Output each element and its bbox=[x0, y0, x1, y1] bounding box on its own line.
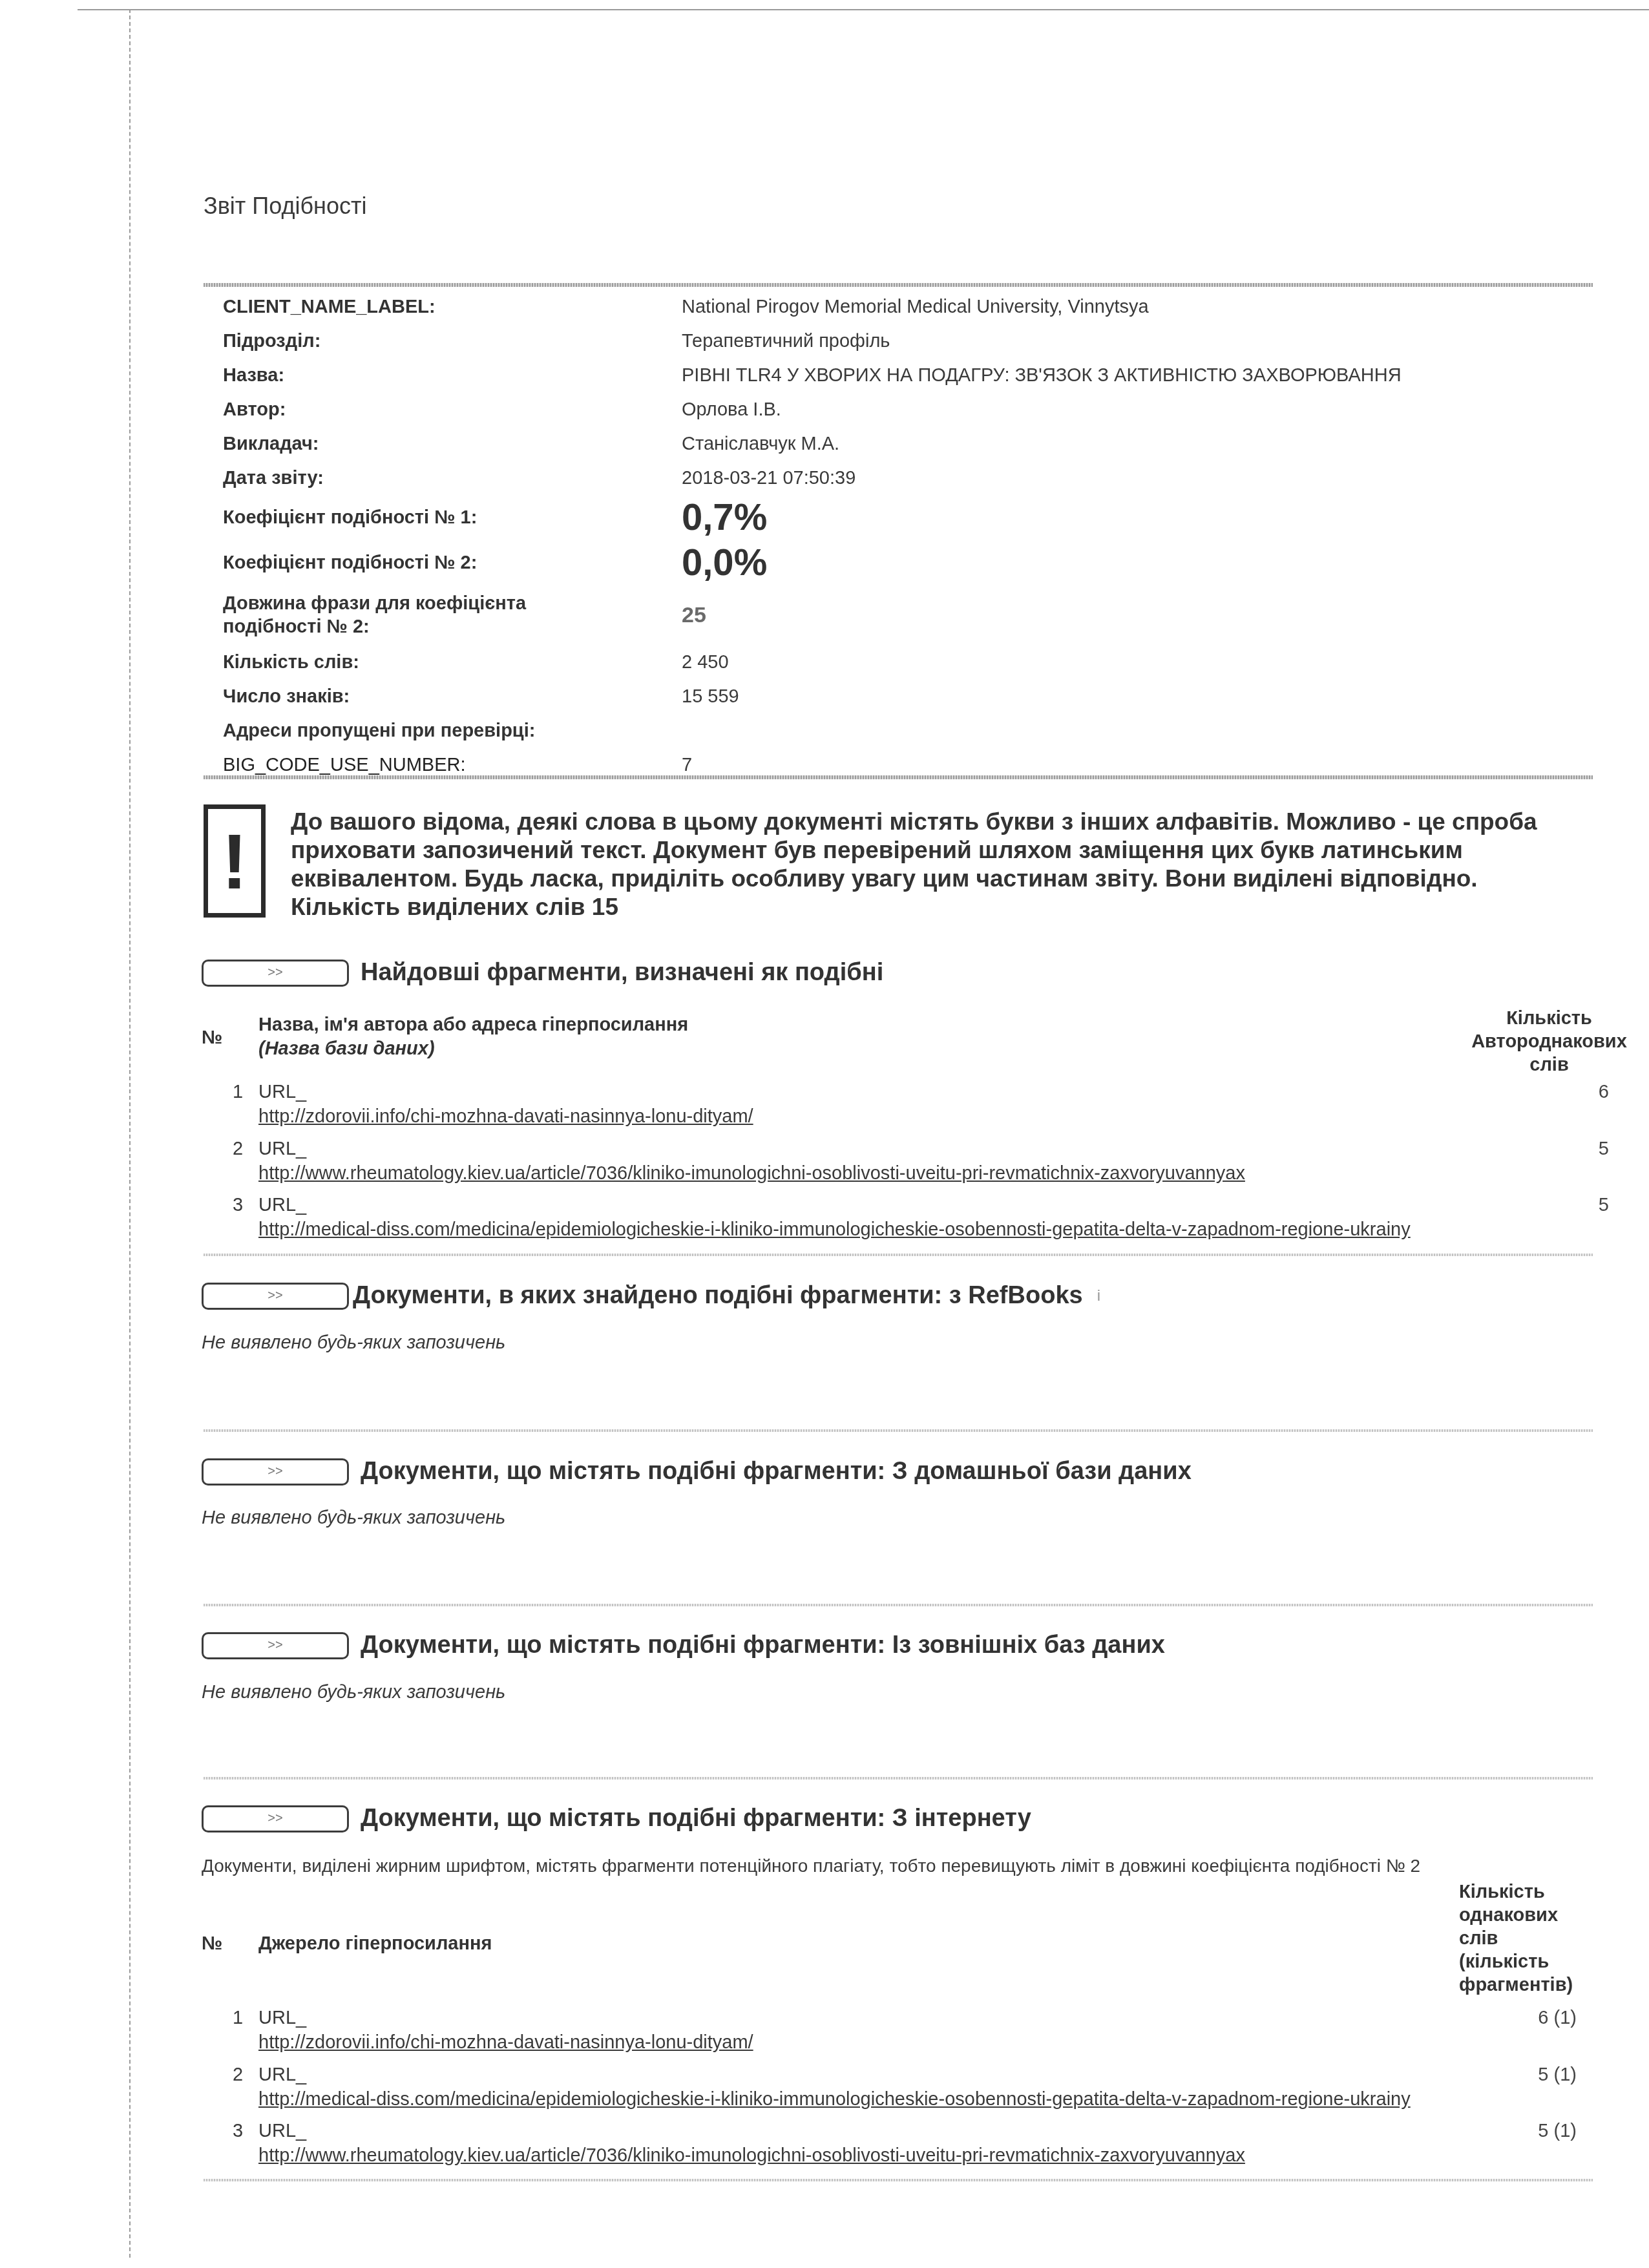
similarity-coefficient-1: 0,7% bbox=[682, 506, 767, 529]
row-source-type: URL_ bbox=[258, 2006, 306, 2030]
divider bbox=[204, 1777, 1593, 1780]
meta-row-title: Назва: РІВНІ TLR4 У ХВОРИХ НА ПОДАГРУ: З… bbox=[223, 358, 1580, 392]
expand-toggle-button[interactable]: >> bbox=[202, 1283, 349, 1310]
row-source-type: URL_ bbox=[258, 1137, 306, 1160]
divider bbox=[204, 1429, 1593, 1432]
column-header-count: Кількість Автороднакових слів bbox=[1457, 1007, 1641, 1076]
identical-word-count: 5 (1) bbox=[1512, 2119, 1577, 2143]
identical-word-count: 5 bbox=[1564, 1193, 1609, 1217]
meta-row-department: Підрозділ: Терапевтичний профіль bbox=[223, 324, 1580, 358]
bold-documents-note: Документи, виділені жирним шрифтом, міст… bbox=[202, 1856, 1420, 1876]
meta-value: Терапевтичний профіль bbox=[682, 330, 890, 353]
source-url-link[interactable]: http://zdorovii.info/chi-mozhna-davati-n… bbox=[258, 2031, 753, 2054]
meta-label: Дата звіту: bbox=[223, 467, 682, 490]
section-internet: >> Документи, що містять подібні фрагмен… bbox=[202, 1805, 1031, 1832]
meta-label: Довжина фрази для коефіцієнта подібності… bbox=[223, 592, 546, 638]
section-external-databases: >> Документи, що містять подібні фрагмен… bbox=[202, 1632, 1165, 1659]
source-url-link[interactable]: http://www.rheumatology.kiev.ua/article/… bbox=[258, 1162, 1245, 1185]
meta-row-char-count: Число знаків: 15 559 bbox=[223, 679, 1580, 713]
meta-row-skipped-addresses: Адреси пропущені при перевірці: bbox=[223, 713, 1580, 748]
meta-value: 2 450 bbox=[682, 651, 729, 674]
meta-row-date: Дата звіту: 2018-03-21 07:50:39 bbox=[223, 461, 1580, 495]
meta-value: Станіславчук М.А. bbox=[682, 432, 839, 456]
row-number: 2 bbox=[233, 1137, 243, 1160]
meta-value: Орлова І.В. bbox=[682, 398, 781, 421]
meta-row-phrase-length: Довжина фрази для коефіцієнта подібності… bbox=[223, 585, 1580, 645]
row-number: 2 bbox=[233, 2063, 243, 2086]
meta-label: Коефіцієнт подібності № 1: bbox=[223, 506, 682, 529]
row-source-type: URL_ bbox=[258, 2119, 306, 2143]
column-header-count: Кількість однакових слів (кількість фраг… bbox=[1459, 1880, 1573, 1997]
section-title: Документи, що містять подібні фрагменти:… bbox=[361, 1632, 1165, 1659]
meta-row-author: Автор: Орлова І.В. bbox=[223, 392, 1580, 426]
identical-word-count: 6 bbox=[1564, 1080, 1609, 1104]
meta-row-similarity-1: Коефіцієнт подібності № 1: 0,7% bbox=[223, 495, 1580, 540]
meta-value: РІВНІ TLR4 У ХВОРИХ НА ПОДАГРУ: ЗВ'ЯЗОК … bbox=[682, 364, 1402, 387]
meta-row-word-count: Кількість слів: 2 450 bbox=[223, 645, 1580, 679]
meta-label: Назва: bbox=[223, 364, 682, 387]
meta-value: 25 bbox=[682, 604, 706, 627]
row-number: 1 bbox=[233, 1080, 243, 1104]
column-header-name: Назва, ім'я автора або адреса гіперпосил… bbox=[258, 1013, 688, 1036]
meta-label: Число знаків: bbox=[223, 685, 682, 708]
row-number: 3 bbox=[233, 2119, 243, 2143]
no-borrowings-note: Не виявлено будь-яких запозичень bbox=[202, 1682, 505, 1703]
meta-value: 7 bbox=[682, 753, 692, 777]
section-home-database: >> Документи, що містять подібні фрагмен… bbox=[202, 1458, 1192, 1486]
identical-word-count: 6 (1) bbox=[1512, 2006, 1577, 2030]
row-source-type: URL_ bbox=[258, 1193, 306, 1217]
divider-bottom bbox=[204, 2179, 1593, 2181]
report-title: Звіт Подібності bbox=[204, 193, 366, 220]
section-refbooks: >> Документи, в яких знайдено подібні фр… bbox=[202, 1282, 1100, 1310]
section-longest-fragments: >> Найдовші фрагменти, визначені як поді… bbox=[202, 959, 883, 987]
meta-row-client: CLIENT_NAME_LABEL: National Pirogov Memo… bbox=[223, 289, 1580, 324]
column-header-database: (Назва бази даних) bbox=[258, 1037, 435, 1060]
row-source-type: URL_ bbox=[258, 2063, 306, 2086]
expand-toggle-button[interactable]: >> bbox=[202, 1632, 349, 1659]
meta-label: BIG_CODE_USE_NUMBER: bbox=[223, 753, 682, 777]
divider-top bbox=[204, 283, 1593, 287]
similarity-coefficient-2: 0,0% bbox=[682, 551, 767, 574]
meta-value: National Pirogov Memorial Medical Univer… bbox=[682, 295, 1149, 319]
meta-label: Адреси пропущені при перевірці: bbox=[223, 719, 682, 742]
expand-toggle-button[interactable]: >> bbox=[202, 1458, 349, 1486]
row-source-type: URL_ bbox=[258, 1080, 306, 1104]
expand-toggle-button[interactable]: >> bbox=[202, 1805, 349, 1832]
expand-toggle-button[interactable]: >> bbox=[202, 960, 349, 987]
meta-label: Викладач: bbox=[223, 432, 682, 456]
divider bbox=[204, 1604, 1593, 1606]
column-header-source: Джерело гіперпосилання bbox=[258, 1932, 492, 1955]
meta-label: Підрозділ: bbox=[223, 330, 682, 353]
meta-row-similarity-2: Коефіцієнт подібності № 2: 0,0% bbox=[223, 540, 1580, 585]
divider-meta-bottom bbox=[204, 775, 1593, 779]
meta-value: 2018-03-21 07:50:39 bbox=[682, 467, 856, 490]
source-url-link[interactable]: http://medical-diss.com/medicina/epidemi… bbox=[258, 2088, 1411, 2111]
source-url-link[interactable]: http://zdorovii.info/chi-mozhna-davati-n… bbox=[258, 1105, 753, 1128]
column-header-number: № bbox=[202, 1932, 222, 1955]
meta-label: Автор: bbox=[223, 398, 682, 421]
meta-label: CLIENT_NAME_LABEL: bbox=[223, 295, 682, 319]
report-metadata: CLIENT_NAME_LABEL: National Pirogov Memo… bbox=[223, 289, 1580, 782]
meta-row-supervisor: Викладач: Станіславчук М.А. bbox=[223, 426, 1580, 461]
section-title: Документи, що містять подібні фрагменти:… bbox=[361, 1805, 1031, 1832]
identical-word-count: 5 bbox=[1564, 1137, 1609, 1160]
alphabet-warning-text: До вашого відома, деякі слова в цьому до… bbox=[291, 808, 1583, 921]
section-title: Документи, в яких знайдено подібні фрагм… bbox=[353, 1282, 1083, 1310]
scan-page-edge-top bbox=[78, 9, 1649, 10]
meta-label: Коефіцієнт подібності № 2: bbox=[223, 551, 682, 574]
info-icon[interactable]: i bbox=[1097, 1287, 1100, 1305]
section-title: Найдовші фрагменти, визначені як подібні bbox=[361, 959, 883, 987]
row-number: 3 bbox=[233, 1193, 243, 1217]
meta-value: 15 559 bbox=[682, 685, 739, 708]
identical-word-count: 5 (1) bbox=[1512, 2063, 1577, 2086]
divider bbox=[204, 1254, 1593, 1256]
meta-label: Кількість слів: bbox=[223, 651, 682, 674]
column-header-number: № bbox=[202, 1026, 222, 1049]
section-title: Документи, що містять подібні фрагменти:… bbox=[361, 1458, 1192, 1486]
source-url-link[interactable]: http://www.rheumatology.kiev.ua/article/… bbox=[258, 2144, 1245, 2167]
source-url-link[interactable]: http://medical-diss.com/medicina/epidemi… bbox=[258, 1218, 1411, 1241]
warning-icon: ! bbox=[204, 804, 266, 918]
no-borrowings-note: Не виявлено будь-яких запозичень bbox=[202, 1332, 505, 1354]
scan-page-edge-left bbox=[129, 9, 131, 2258]
row-number: 1 bbox=[233, 2006, 243, 2030]
no-borrowings-note: Не виявлено будь-яких запозичень bbox=[202, 1507, 505, 1529]
